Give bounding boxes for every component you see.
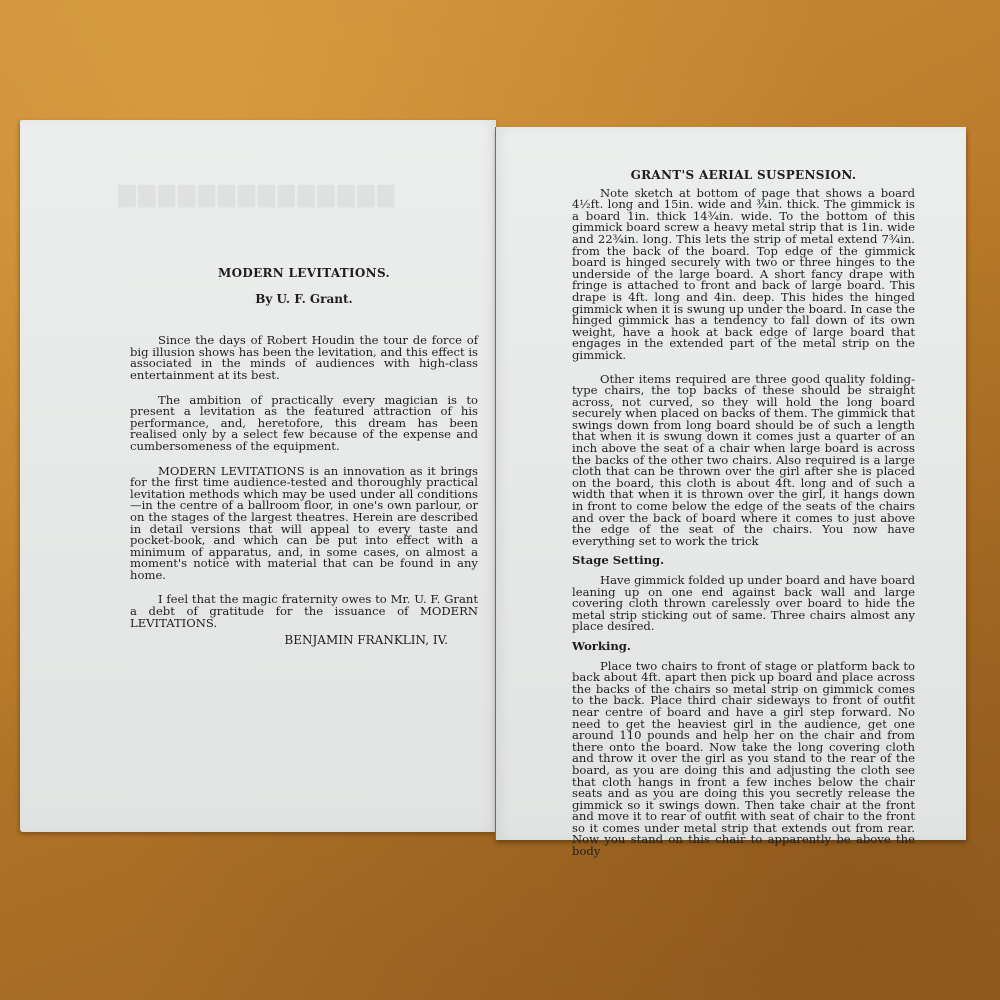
paragraph: The ambition of practically every magici… bbox=[130, 395, 478, 453]
page-title: MODERN LEVITATIONS. bbox=[130, 268, 478, 280]
section-heading-stage-setting: Stage Setting. bbox=[572, 555, 915, 567]
paragraph: I feel that the magic fraternity owes to… bbox=[130, 594, 478, 629]
signature: BENJAMIN FRANKLIN, IV. bbox=[130, 635, 478, 647]
paragraph: MODERN LEVITATIONS is an innovation as i… bbox=[130, 466, 478, 582]
paragraph: Since the days of Robert Houdin the tour… bbox=[130, 335, 478, 381]
paragraph: Place two chairs to front of stage or pl… bbox=[572, 661, 915, 858]
left-page: ▇▇▇▇▇▇▇▇▇▇▇▇▇▇ MODERN LEVITATIONS. By U.… bbox=[20, 120, 496, 832]
left-page-content: MODERN LEVITATIONS. By U. F. Grant. Sinc… bbox=[130, 268, 478, 647]
paragraph: Other items required are three good qual… bbox=[572, 374, 915, 548]
paragraph: Have gimmick folded up under board and h… bbox=[572, 575, 915, 633]
section-heading-working: Working. bbox=[572, 641, 915, 653]
page-title: GRANT'S AERIAL SUSPENSION. bbox=[572, 170, 915, 182]
show-through-text: ▇▇▇▇▇▇▇▇▇▇▇▇▇▇ bbox=[20, 182, 496, 208]
byline: By U. F. Grant. bbox=[130, 294, 478, 306]
right-page: GRANT'S AERIAL SUSPENSION. Note sketch a… bbox=[495, 127, 966, 840]
right-page-content: GRANT'S AERIAL SUSPENSION. Note sketch a… bbox=[572, 170, 915, 870]
paragraph: Note sketch at bottom of page that shows… bbox=[572, 188, 915, 362]
